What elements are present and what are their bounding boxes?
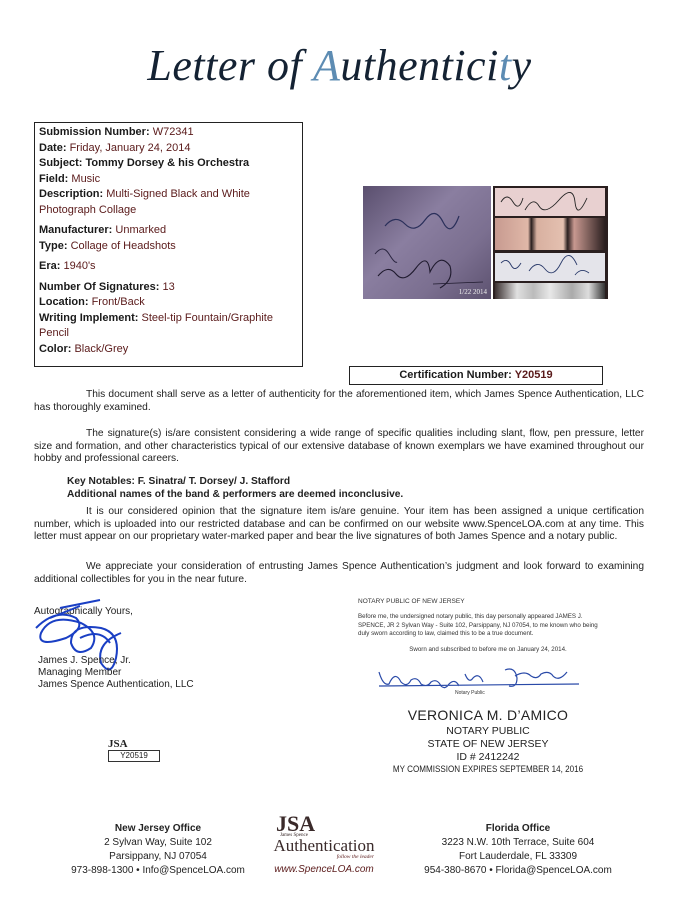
paragraph-analysis: The signature(s) is/are consistent consi… (34, 428, 644, 466)
detail-manufacturer: Manufacturer: Unmarked (39, 223, 298, 239)
title-part: y (512, 41, 532, 90)
office-address-line: 2 Sylvan Way, Suite 102 (58, 836, 258, 850)
detail-submission: Submission Number: W72341 (39, 125, 298, 141)
detail-label: Subject: (39, 157, 82, 169)
item-photo: 1/22 2014 (363, 186, 608, 299)
notary-heading: NOTARY PUBLIC OF NEW JERSEY (358, 598, 465, 605)
notary-signature-label: Notary Public (455, 690, 485, 696)
headshot-row (495, 218, 605, 250)
office-address-line: Fort Lauderdale, FL 33309 (418, 850, 618, 864)
detail-label: Date: (39, 142, 67, 154)
title-part: uthentici (340, 41, 498, 90)
title-accent: t (499, 41, 512, 90)
detail-value: W72341 (153, 126, 194, 138)
detail-value: 13 (162, 281, 174, 293)
detail-label: Description: (39, 188, 103, 200)
signer-company: James Spence Authentication, LLC (38, 679, 194, 691)
detail-subject: Subject: Tommy Dorsey & his Orchestra (39, 156, 298, 172)
item-details-box: Submission Number: W72341 Date: Friday, … (34, 122, 303, 367)
key-notables: Key Notables: F. Sinatra/ T. Dorsey/ J. … (67, 476, 290, 489)
paragraph-opinion: It is our considered opinion that the si… (34, 506, 644, 544)
paragraph-closing: We appreciate your consideration of entr… (34, 561, 644, 586)
detail-label: Field: (39, 173, 68, 185)
title-part: Letter of (147, 41, 313, 90)
notary-signature-icon (375, 666, 590, 692)
photo-signed-page: 1/22 2014 (363, 186, 491, 299)
office-new-jersey: New Jersey Office 2 Sylvan Way, Suite 10… (58, 822, 258, 878)
signed-strip (495, 253, 605, 281)
detail-color: Color: Black/Grey (39, 342, 298, 358)
office-contact: 954-380-8670 • Florida@SpenceLOA.com (418, 864, 618, 878)
detail-writing-implement: Writing Implement: Steel-tip Fountain/Gr… (39, 311, 298, 342)
detail-value: Tommy Dorsey & his Orchestra (85, 157, 249, 169)
detail-value: Unmarked (115, 224, 166, 236)
office-address-line: Parsippany, NJ 07054 (58, 850, 258, 864)
detail-value: 1940's (63, 260, 95, 272)
detail-label: Number Of Signatures: (39, 281, 159, 293)
detail-date: Date: Friday, January 24, 2014 (39, 141, 298, 157)
paragraph-intro: This document shall serve as a letter of… (34, 389, 644, 414)
logo-brand: JSA (268, 815, 380, 833)
title-accent: A (313, 41, 340, 90)
detail-value: Black/Grey (74, 343, 128, 355)
detail-label: Color: (39, 343, 71, 355)
detail-type: Type: Collage of Headshots (39, 239, 298, 255)
jsa-sticker: JSA Y20519 (108, 738, 168, 762)
office-florida: Florida Office 3223 N.W. 10th Terrace, S… (418, 822, 618, 878)
detail-value: Collage of Headshots (71, 240, 176, 252)
signature-scribble-icon (495, 253, 605, 281)
notary-state: STATE OF NEW JERSEY (358, 738, 618, 750)
detail-label: Submission Number: (39, 126, 150, 138)
detail-description: Description: Multi-Signed Black and Whit… (39, 187, 298, 218)
signature-scribble-icon (495, 188, 605, 216)
signer-name: James J. Spence, Jr. (38, 655, 194, 667)
notary-sworn-date: Sworn and subscribed to before me on Jan… (358, 646, 618, 653)
notary-expiry: MY COMMISSION EXPIRES SEPTEMBER 14, 2016 (378, 764, 599, 775)
office-contact: 973-898-1300 • Info@SpenceLOA.com (58, 864, 258, 878)
detail-label: Location: (39, 296, 89, 308)
certification-number-box: Certification Number: Y20519 (349, 366, 603, 385)
detail-signature-count: Number Of Signatures: 13 (39, 280, 298, 296)
certification-label: Certification Number: (399, 369, 511, 381)
signer-role: Managing Member (38, 667, 194, 679)
notary-seal: VERONICA M. D’AMICO NOTARY PUBLIC STATE … (358, 707, 618, 775)
detail-field: Field: Music (39, 172, 298, 188)
notary-title: NOTARY PUBLIC (358, 725, 618, 737)
headshot-row (495, 283, 605, 299)
detail-label: Type: (39, 240, 68, 252)
detail-label: Manufacturer: (39, 224, 112, 236)
notary-id: ID # 2412242 (358, 751, 618, 763)
jsa-logo: JSA James Spence Authentication follow t… (268, 815, 380, 875)
signed-strip (495, 188, 605, 216)
detail-location: Location: Front/Back (39, 295, 298, 311)
detail-label: Era: (39, 260, 60, 272)
website-link[interactable]: www.SpenceLOA.com (268, 864, 380, 875)
certification-value: Y20519 (515, 369, 553, 381)
notary-name: VERONICA M. D’AMICO (358, 707, 618, 723)
detail-value: Music (71, 173, 100, 185)
signature-scribble-icon (363, 186, 491, 299)
inconclusive-note: Additional names of the band & performer… (67, 489, 403, 502)
detail-era: Era: 1940's (39, 259, 298, 275)
notary-statement: Before me, the undersigned notary public… (358, 613, 598, 639)
document-title: Letter of Authenticity (0, 40, 679, 91)
sticker-brand: JSA (108, 738, 168, 750)
detail-label: Writing Implement: (39, 312, 138, 324)
signer-block: James J. Spence, Jr. Managing Member Jam… (38, 655, 194, 691)
photo-headshots (493, 186, 608, 299)
photo-date-stamp: 1/22 2014 (459, 288, 487, 296)
sticker-number: Y20519 (108, 750, 160, 762)
office-heading: Florida Office (418, 822, 618, 836)
office-heading: New Jersey Office (58, 822, 258, 836)
logo-name: Authentication (268, 838, 380, 854)
detail-value: Front/Back (92, 296, 145, 308)
office-address-line: 3223 N.W. 10th Terrace, Suite 604 (418, 836, 618, 850)
detail-value: Friday, January 24, 2014 (70, 142, 191, 154)
